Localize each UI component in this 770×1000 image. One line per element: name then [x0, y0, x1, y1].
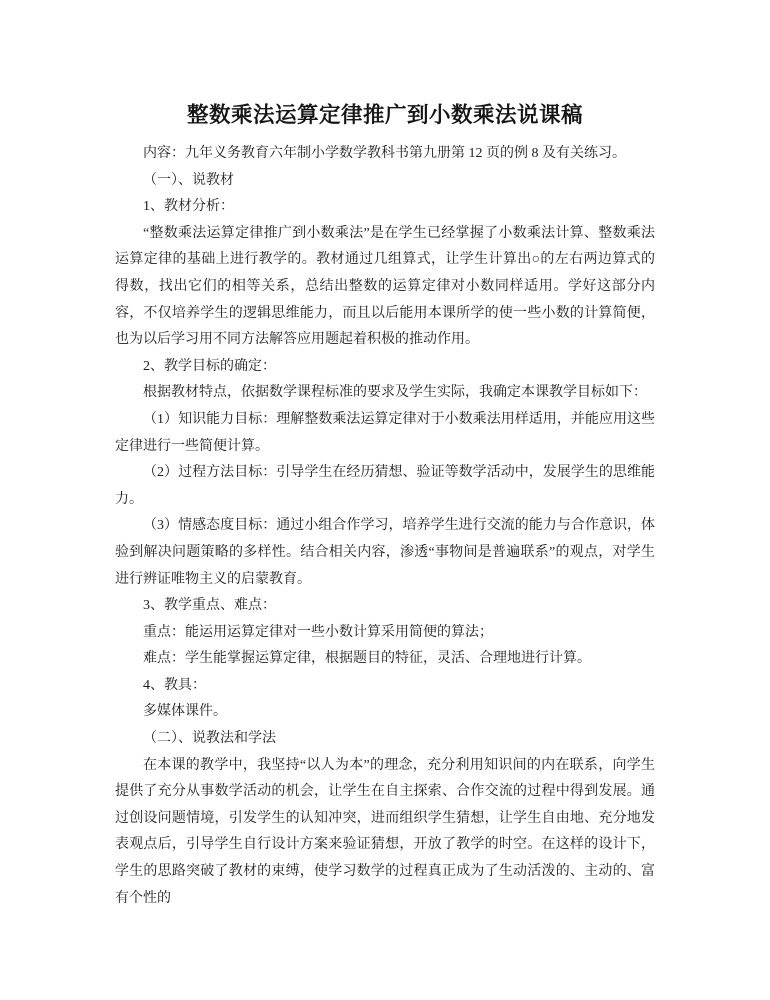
paragraph: 难点：学生能掌握运算定律，根据题目的特征，灵活、合理地进行计算。	[115, 646, 655, 673]
paragraph: 1、教材分析：	[115, 194, 655, 221]
paragraph: 2、教学目标的确定：	[115, 354, 655, 381]
paragraph: （一）、说教材	[115, 168, 655, 195]
paragraph: 在本课的教学中，我坚持“以人为本”的理念，充分利用知识间的内在联系，向学生提供了…	[115, 753, 655, 913]
paragraph: 重点：能运用运算定律对一些小数计算采用简便的算法；	[115, 620, 655, 647]
paragraph: 3、教学重点、难点：	[115, 593, 655, 620]
paragraph: （3）情感态度目标：通过小组合作学习，培养学生进行交流的能力与合作意识，体验到解…	[115, 513, 655, 593]
paragraph: 4、教具：	[115, 673, 655, 700]
paragraph: （1）知识能力目标：理解整数乘法运算定律对于小数乘法用样适用，并能应用这些定律进…	[115, 407, 655, 460]
document-page: 整数乘法运算定律推广到小数乘法说课稿 内容：九年义务教育六年制小学数学教科书第九…	[0, 0, 770, 1000]
paragraph: （2）过程方法目标：引导学生在经历猜想、验证等数学活动中，发展学生的思维能力。	[115, 460, 655, 513]
document-title: 整数乘法运算定律推广到小数乘法说课稿	[115, 100, 655, 130]
document-body: 内容：九年义务教育六年制小学数学教科书第九册第 12 页的例 8 及有关练习。（…	[115, 141, 655, 912]
paragraph: （二）、说教法和学法	[115, 726, 655, 753]
paragraph: “整数乘法运算定律推广到小数乘法”是在学生已经掌握了小数乘法计算、整数乘法运算定…	[115, 221, 655, 354]
paragraph: 多媒体课件。	[115, 699, 655, 726]
paragraph: 内容：九年义务教育六年制小学数学教科书第九册第 12 页的例 8 及有关练习。	[115, 141, 655, 168]
paragraph: 根据教材特点，依据数学课程标准的要求及学生实际，我确定本课教学目标如下：	[115, 380, 655, 407]
